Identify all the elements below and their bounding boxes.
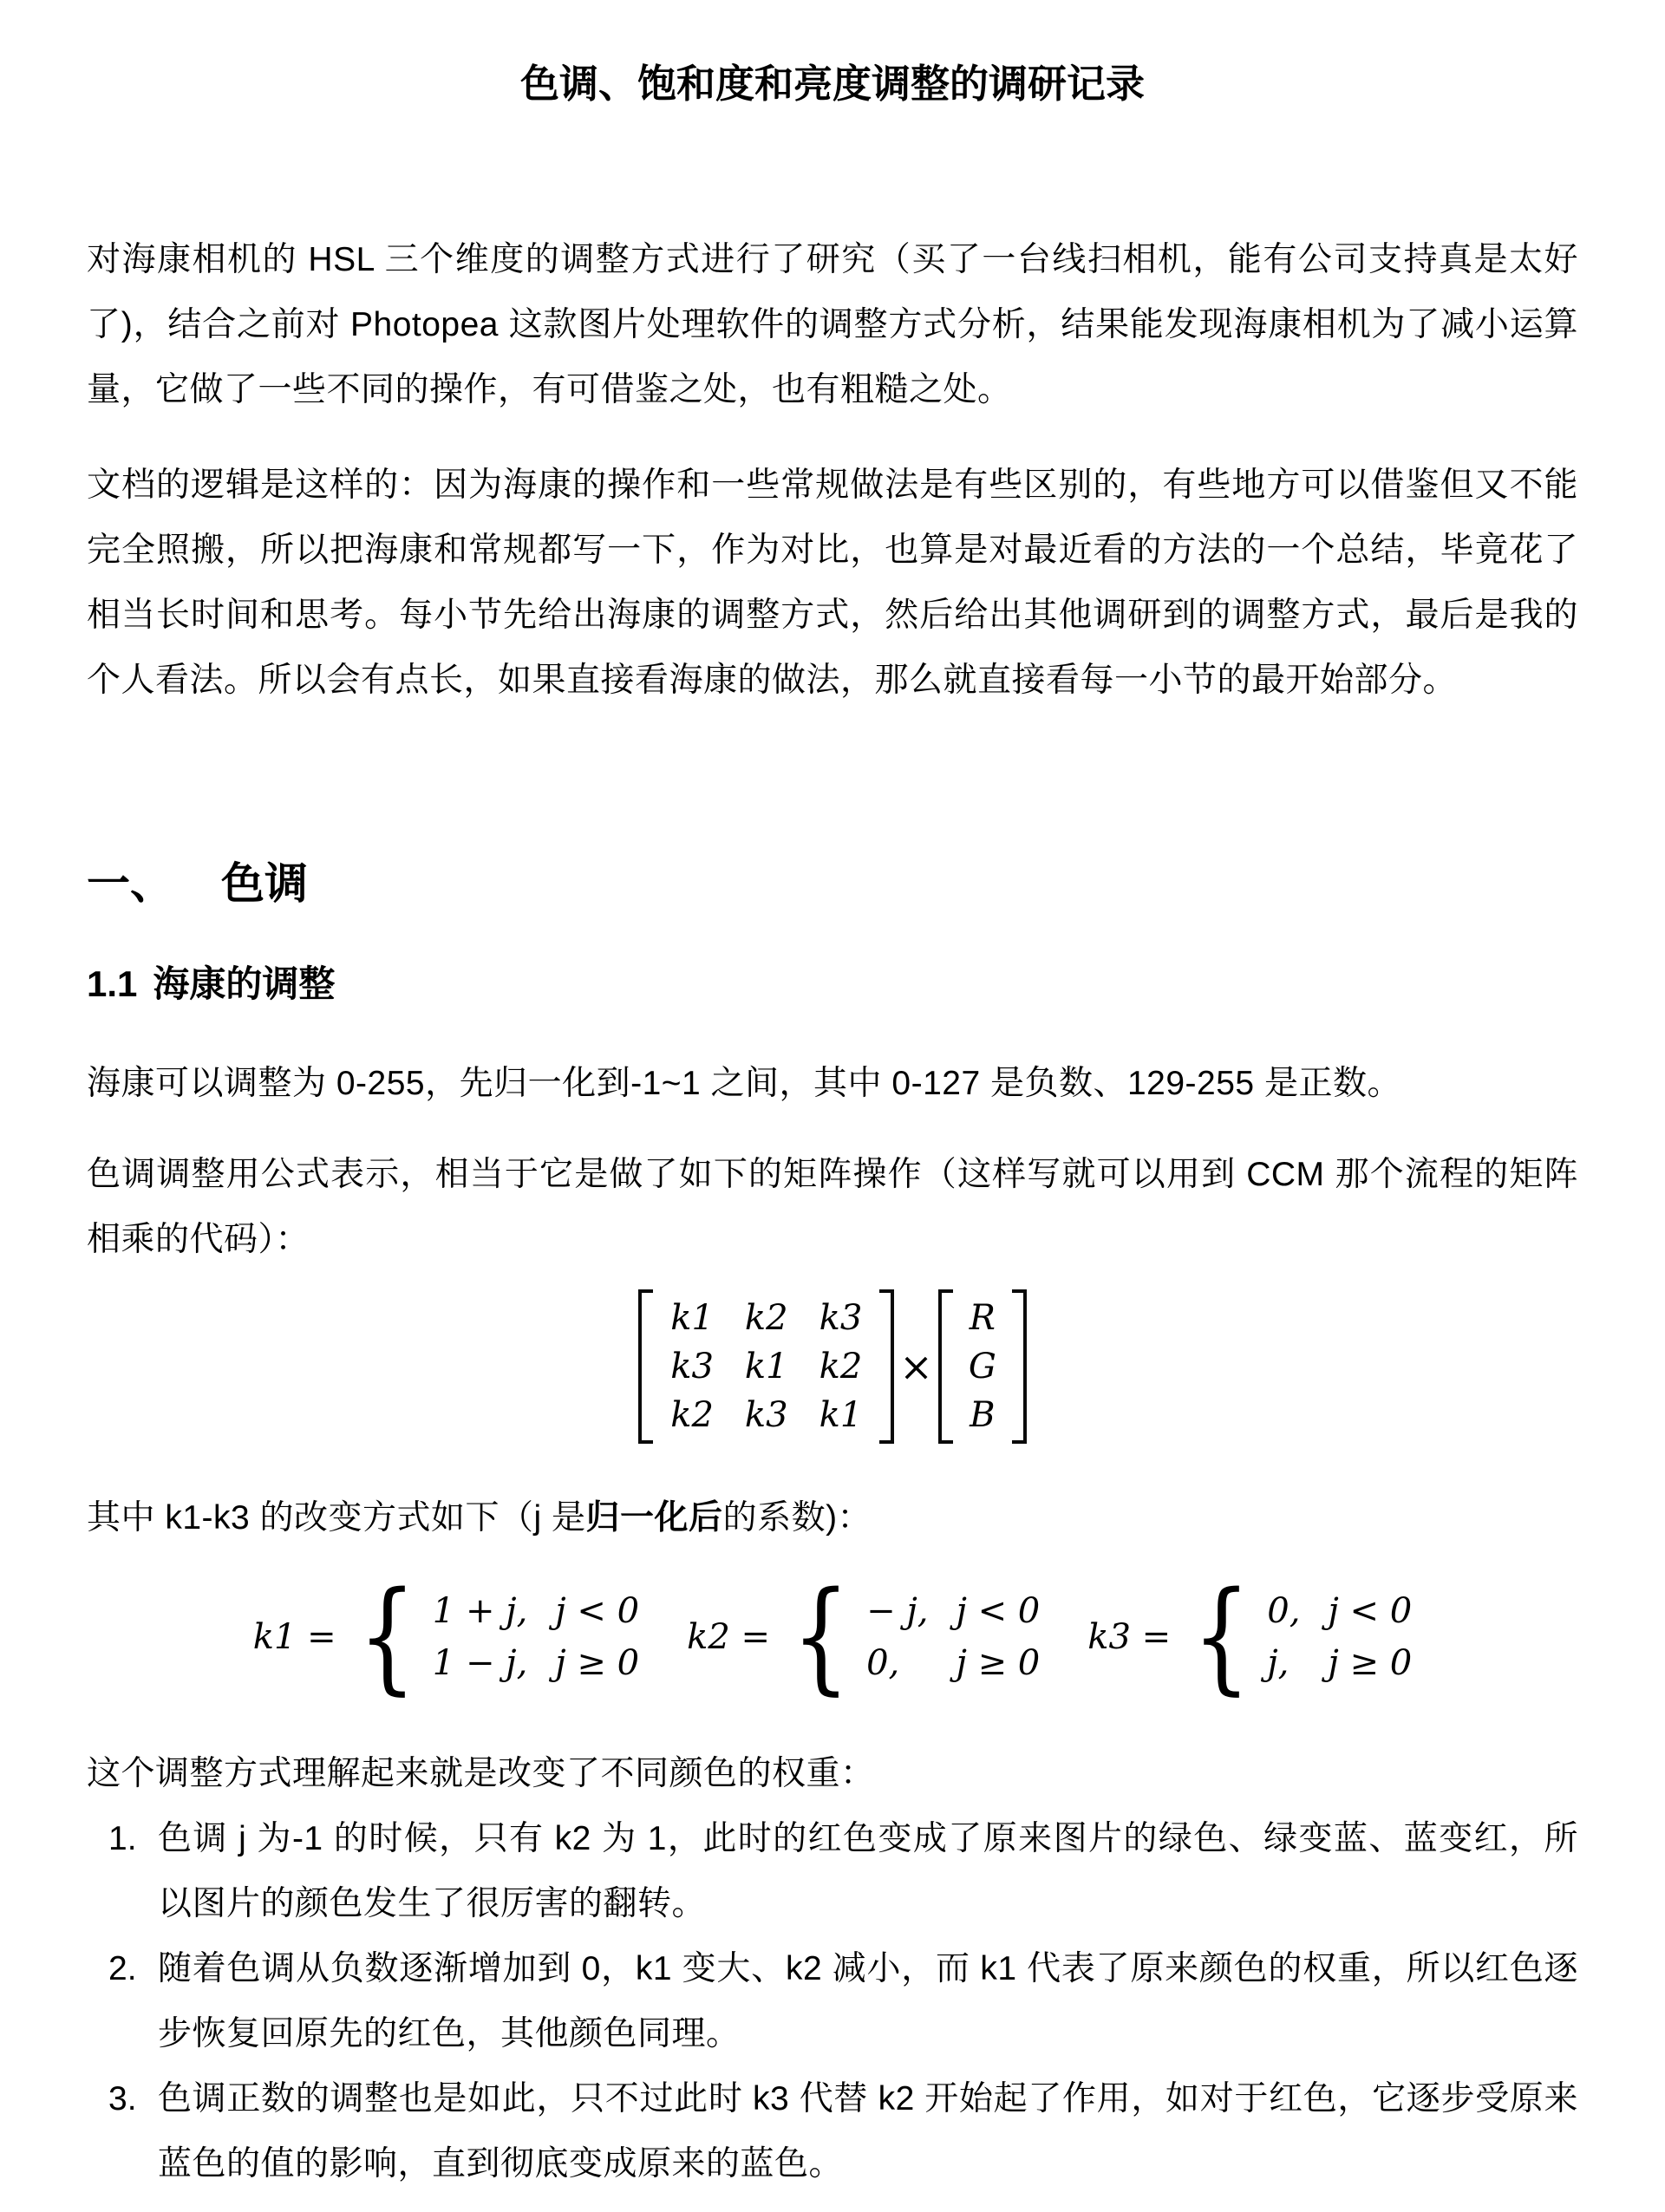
list-item-number: 2. bbox=[108, 1936, 137, 2001]
left-brace: { bbox=[1192, 1576, 1250, 1698]
list-item: 2. 随着色调从负数逐渐增加到 0，k1 变大、k2 减小，而 k1 代表了原来… bbox=[87, 1936, 1578, 2066]
section-1-number: 一、 bbox=[87, 859, 173, 908]
left-brace: { bbox=[358, 1576, 416, 1698]
multiply-sign: × bbox=[899, 1343, 933, 1390]
case-condition: j ≥ 0 bbox=[956, 1643, 1040, 1683]
rgb-vector: R G B bbox=[938, 1289, 1027, 1444]
piecewise-equations: k1 = { 1 + j, j < 0 1 − j, j ≥ 0 k2 = { … bbox=[87, 1576, 1578, 1698]
intro-paragraph-1: 对海康相机的 HSL 三个维度的调整方式进行了研究（买了一台线扫相机，能有公司支… bbox=[87, 227, 1578, 422]
matrix-cell: k3 bbox=[670, 1347, 714, 1387]
coefficient-matrix: k1 k2 k3 k3 k1 k2 k2 k3 k1 bbox=[638, 1289, 894, 1444]
paragraph-k-intro: 其中 k1-k3 的改变方式如下（j 是归一化后的系数)： bbox=[87, 1485, 1578, 1550]
case-value: 0, bbox=[866, 1643, 928, 1683]
matrix-cell: k1 bbox=[670, 1298, 714, 1338]
k3-lhs: k3 = bbox=[1087, 1617, 1171, 1657]
k2-lhs: k2 = bbox=[687, 1617, 770, 1657]
vector-cell: B bbox=[970, 1395, 995, 1435]
case-value: − j, bbox=[866, 1591, 928, 1631]
intro-paragraph-2: 文档的逻辑是这样的：因为海康的操作和一些常规做法是有些区别的，有些地方可以借鉴但… bbox=[87, 453, 1578, 713]
subsection-1-1-number: 1.1 bbox=[87, 963, 137, 1004]
case-condition: j ≥ 0 bbox=[555, 1643, 639, 1683]
case-condition: j < 0 bbox=[555, 1591, 639, 1631]
case-condition: j < 0 bbox=[956, 1591, 1040, 1631]
k-intro-pre: 其中 k1-k3 的改变方式如下（j 是 bbox=[87, 1499, 586, 1537]
matrix-cell: k2 bbox=[745, 1298, 788, 1338]
list-item-text: 随着色调从负数逐渐增加到 0，k1 变大、k2 减小，而 k1 代表了原来颜色的… bbox=[158, 1936, 1578, 2066]
case-condition: j ≥ 0 bbox=[1328, 1643, 1412, 1683]
left-bracket bbox=[938, 1289, 953, 1444]
case-value: 1 − j, bbox=[433, 1643, 528, 1683]
case-value: j, bbox=[1267, 1643, 1300, 1683]
k3-definition: k3 = { 0, j < 0 j, j ≥ 0 bbox=[1087, 1576, 1412, 1698]
subsection-1-1-heading: 1.1海康的调整 bbox=[87, 961, 1578, 1008]
subsection-1-1-title: 海康的调整 bbox=[153, 963, 335, 1004]
section-1-heading: 一、色调 bbox=[87, 857, 1578, 910]
document-title: 色调、饱和度和亮度调整的调研记录 bbox=[87, 0, 1578, 109]
paragraph-formula-intro: 色调调整用公式表示，相当于它是做了如下的矩阵操作（这样写就可以用到 CCM 那个… bbox=[87, 1142, 1578, 1272]
vector-cell: G bbox=[969, 1347, 996, 1387]
k2-definition: k2 = { − j, j < 0 0, j ≥ 0 bbox=[687, 1576, 1040, 1698]
paragraph-weights: 这个调整方式理解起来就是改变了不同颜色的权重： bbox=[87, 1741, 1578, 1806]
matrix-cell: k2 bbox=[819, 1347, 863, 1387]
matrix-cell: k3 bbox=[745, 1395, 788, 1435]
matrix-cell: k3 bbox=[819, 1298, 863, 1338]
right-bracket bbox=[879, 1289, 894, 1444]
left-bracket bbox=[638, 1289, 653, 1444]
k-intro-bold: 归一化后 bbox=[586, 1499, 723, 1537]
list-item-text: 色调 j 为-1 的时候，只有 k2 为 1，此时的红色变成了原来图片的绿色、绿… bbox=[158, 1806, 1578, 1936]
list-item-number: 3. bbox=[108, 2066, 137, 2131]
matrix-cell: k1 bbox=[819, 1395, 863, 1435]
document-page: 色调、饱和度和亮度调整的调研记录 对海康相机的 HSL 三个维度的调整方式进行了… bbox=[0, 0, 1665, 2196]
list-item-text: 色调正数的调整也是如此，只不过此时 k3 代替 k2 开始起了作用，如对于红色，… bbox=[158, 2066, 1578, 2196]
matrix-cell: k1 bbox=[745, 1347, 788, 1387]
matrix-equation: k1 k2 k3 k3 k1 k2 k2 k3 k1 × R G B bbox=[87, 1289, 1578, 1444]
k-intro-post: 的系数)： bbox=[723, 1499, 872, 1537]
list-item: 1. 色调 j 为-1 的时候，只有 k2 为 1，此时的红色变成了原来图片的绿… bbox=[87, 1806, 1578, 1936]
left-brace: { bbox=[792, 1576, 850, 1698]
list-item-number: 1. bbox=[108, 1806, 137, 1871]
numbered-list: 1. 色调 j 为-1 的时候，只有 k2 为 1，此时的红色变成了原来图片的绿… bbox=[87, 1806, 1578, 2196]
case-value: 1 + j, bbox=[433, 1591, 528, 1631]
right-bracket bbox=[1012, 1289, 1027, 1444]
k1-definition: k1 = { 1 + j, j < 0 1 − j, j ≥ 0 bbox=[253, 1576, 639, 1698]
case-condition: j < 0 bbox=[1328, 1591, 1412, 1631]
paragraph-value-range: 海康可以调整为 0-255，先归一化到-1~1 之间，其中 0-127 是负数、… bbox=[87, 1051, 1578, 1116]
matrix-cell: k2 bbox=[670, 1395, 714, 1435]
case-value: 0, bbox=[1267, 1591, 1300, 1631]
section-1-title: 色调 bbox=[221, 859, 308, 908]
list-item: 3. 色调正数的调整也是如此，只不过此时 k3 代替 k2 开始起了作用，如对于… bbox=[87, 2066, 1578, 2196]
k1-lhs: k1 = bbox=[253, 1617, 336, 1657]
vector-cell: R bbox=[970, 1298, 996, 1338]
